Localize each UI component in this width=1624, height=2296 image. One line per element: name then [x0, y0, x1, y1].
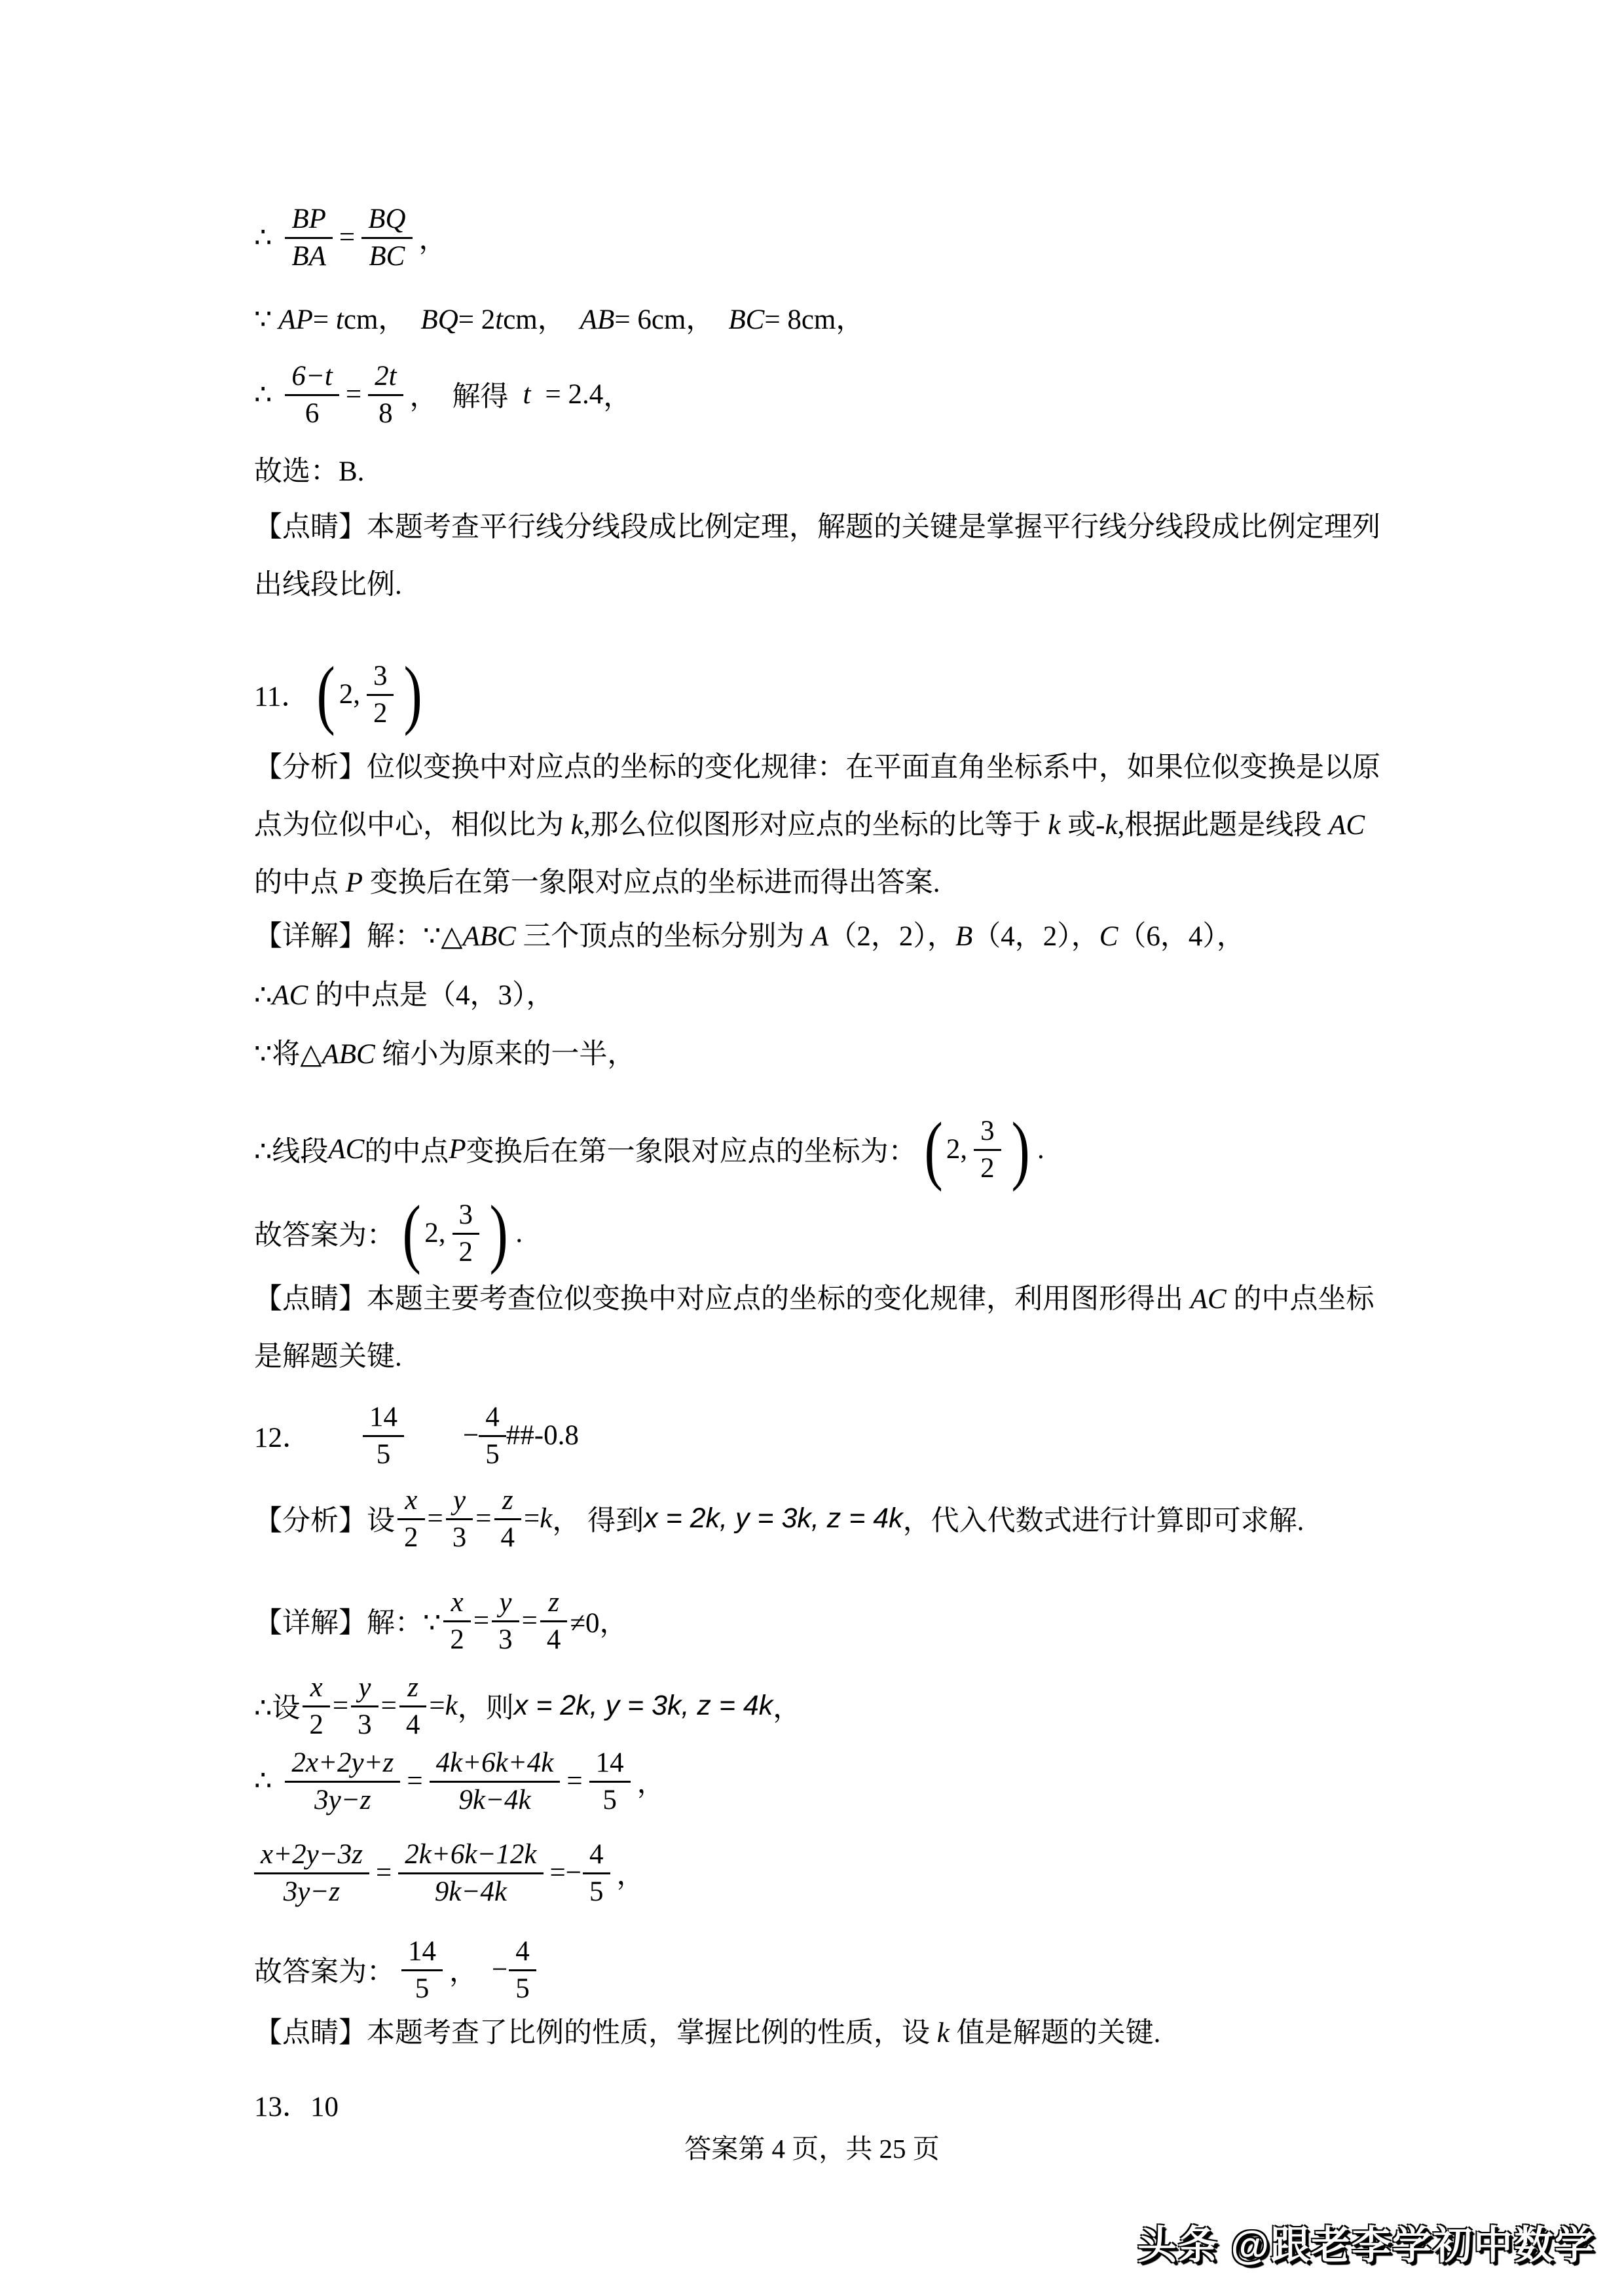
- fraction-numerator: z: [540, 1584, 568, 1622]
- fraction-numerator: 4: [583, 1836, 610, 1874]
- substitution-values: x = 2k, y = 3k, z = 4k: [514, 1690, 773, 1722]
- fraction-numerator: 4: [509, 1933, 536, 1971]
- fraction-3-2: 32: [452, 1196, 480, 1270]
- fraction-numerator: z: [399, 1669, 427, 1707]
- equals-sign: =: [339, 221, 355, 253]
- solve-value: = 2.4: [545, 378, 604, 410]
- answer-coordinate: ( 2, 32 ): [313, 655, 426, 733]
- text: ，则: [458, 1686, 514, 1726]
- q11-note-line-1: 【点睛】本题主要考查位似变换中对应点的坐标的变化规律，利用图形得出 AC 的中点…: [254, 1279, 1374, 1320]
- unit-cm: cm，: [503, 304, 566, 335]
- fraction-denominator: 5: [363, 1437, 404, 1472]
- text: ，代入代数式进行计算即可求解.: [903, 1499, 1304, 1539]
- fraction-z-4: z4: [494, 1482, 522, 1556]
- equals-sign: =: [522, 1605, 538, 1637]
- answer-coordinate: ( 2, 32 ): [921, 1111, 1033, 1188]
- text: 【分析】设: [254, 1499, 395, 1539]
- fraction-denominator: 2: [452, 1235, 480, 1270]
- because-symbol: ∵将△: [254, 1039, 322, 1070]
- var-k: k: [1048, 810, 1060, 841]
- minus-sign: −: [463, 1419, 479, 1451]
- equals-sign: =: [333, 1690, 348, 1722]
- fraction-denominator: 2: [443, 1622, 471, 1658]
- value-8cm: = 8cm，: [764, 304, 864, 335]
- fraction-denominator: 5: [401, 1971, 443, 2007]
- page-footer: 答案第 4 页，共 25 页: [0, 2129, 1624, 2168]
- var-k: k: [937, 2018, 950, 2049]
- var-k: k: [445, 1690, 458, 1722]
- var-bq: BQ: [420, 304, 458, 335]
- equals-sign: =: [475, 1503, 491, 1535]
- equals-sign: =: [381, 1690, 397, 1722]
- var-ac: AC: [1329, 810, 1365, 841]
- equals-sign: =: [346, 378, 361, 410]
- coords-b: （4，2），: [972, 921, 1099, 952]
- fraction-numerator: y: [351, 1669, 378, 1707]
- fraction-2t-over-8: 2t8: [368, 357, 403, 431]
- coords-a: （2，2），: [828, 921, 955, 952]
- fraction-denominator: 5: [509, 1971, 536, 2007]
- q12-answer-line: 12． 145 − 45 ##-0.8: [254, 1391, 579, 1480]
- therefore-symbol: ∴: [254, 980, 272, 1011]
- q12-final-answer-line: 故答案为： 145 ， − 45: [254, 1923, 543, 2015]
- fraction-4-5: 45: [479, 1398, 506, 1472]
- fraction-14-5: 145: [589, 1744, 631, 1818]
- not-equal-zero: ≠0，: [570, 1601, 627, 1641]
- fraction-numerator: 2t: [368, 357, 403, 396]
- equals-sign: =: [524, 1503, 540, 1535]
- equals: = 2: [458, 304, 496, 335]
- q10-note-line-1: 【点睛】本题考查平行线分线段成比例定理，解题的关键是掌握平行线分线段成比例定理列: [254, 507, 1380, 548]
- fraction-denominator: 4: [494, 1520, 522, 1556]
- minus-sign: −: [492, 1954, 507, 1986]
- therefore-symbol: ∴: [254, 378, 272, 411]
- equals-sign: =: [566, 1765, 582, 1797]
- q11-detail-line-4: ∴线段 AC 的中点 P 变换后在第一象限对应点的坐标为： ( 2, 32 ) …: [254, 1105, 1044, 1194]
- fraction-denominator: 9k−4k: [398, 1874, 543, 1910]
- text: ∴线段: [254, 1129, 328, 1169]
- equals-minus: =−: [550, 1857, 582, 1889]
- var-k: k: [540, 1503, 552, 1535]
- fraction-bp-ba: BPBA: [285, 200, 333, 274]
- x-coordinate: 2,: [946, 1133, 967, 1165]
- fraction-denominator: 6: [285, 396, 339, 431]
- text: 【点睛】本题考查了比例的性质，掌握比例的性质，设: [254, 2018, 937, 2049]
- q11-answer-line: 11． ( 2, 32 ): [254, 645, 430, 743]
- q12-analysis-line: 【分析】设 x2 = y3 = z4 = k ， 得到 x = 2k, y = …: [254, 1481, 1304, 1556]
- fraction-numerator: BP: [285, 200, 333, 239]
- fraction-numerator: 3: [367, 657, 394, 696]
- fraction-numerator: x: [397, 1482, 425, 1520]
- value-6cm: = 6cm，: [614, 304, 714, 335]
- fraction-denominator: 5: [589, 1783, 631, 1818]
- comma: ，: [410, 374, 438, 414]
- q12-detail-line-1: 【详解】解：∵ x2 = y3 = z4 ≠0，: [254, 1576, 628, 1665]
- fraction-6-t-over-6: 6−t6: [285, 357, 339, 431]
- fraction-numerator: BQ: [361, 200, 412, 239]
- q11-detail-line-1: 【详解】解：∵△ABC 三个顶点的坐标分别为 A（2，2），B（4，2），C（6…: [254, 917, 1245, 957]
- comma: ，: [603, 374, 631, 414]
- var-ac: AC: [328, 1133, 364, 1165]
- var-p: P: [449, 1133, 466, 1165]
- fraction-bq-bc: BQBC: [361, 200, 412, 274]
- q13-answer-line: 13．10: [254, 2087, 339, 2128]
- fraction-numerator: 14: [363, 1398, 404, 1437]
- fraction-denominator: 3: [492, 1622, 519, 1658]
- answer-document-page: { "page": { "background": "#ffffff", "te…: [0, 0, 1624, 2296]
- fraction-denominator: 5: [479, 1437, 506, 1472]
- left-paren: (: [403, 1194, 421, 1271]
- fraction-numerator: 3: [974, 1112, 1001, 1151]
- fraction-denominator: 4: [540, 1622, 568, 1658]
- text: 的中点坐标: [1227, 1284, 1375, 1315]
- fraction-denominator: BC: [361, 239, 412, 274]
- var-k: k: [571, 810, 583, 841]
- q11-final-answer-line: 故答案为： ( 2, 32 ) .: [254, 1184, 523, 1282]
- fraction-numerator: 4: [479, 1398, 506, 1437]
- fraction-denominator: BA: [285, 239, 333, 274]
- fraction-z-4: z4: [540, 1584, 568, 1658]
- left-paren: (: [317, 655, 335, 733]
- text: 变换后在第一象限对应点的坐标为：: [466, 1129, 917, 1169]
- fraction-4k6k4k: 4k+6k+4k9k−4k: [430, 1744, 561, 1818]
- comma: ，: [419, 217, 447, 257]
- question-11-number: 11．: [254, 674, 309, 714]
- fraction-numerator: 3: [452, 1196, 480, 1235]
- fraction-denominator: 2: [367, 696, 394, 731]
- fraction-x-2: x2: [443, 1584, 471, 1658]
- fraction-4-5: 45: [509, 1933, 536, 2007]
- fraction-numerator: 2k+6k−12k: [398, 1836, 543, 1874]
- var-abc: ABC: [322, 1039, 375, 1070]
- var-ap: AP: [278, 304, 313, 335]
- fraction-x2y3z: x+2y−3z3y−z: [254, 1836, 369, 1910]
- fraction-denominator: 5: [583, 1874, 610, 1910]
- var-ac: AC: [1190, 1284, 1227, 1315]
- fraction-numerator: x: [443, 1584, 471, 1622]
- right-paren: ): [490, 1194, 508, 1271]
- equals-sign: =: [407, 1765, 422, 1797]
- q12-detail-line-4: x+2y−3z3y−z = 2k+6k−12k9k−4k =− 45 ，: [248, 1827, 645, 1918]
- var-abc: ABC: [462, 921, 515, 952]
- fraction-2k6k12k: 2k+6k−12k9k−4k: [398, 1836, 543, 1910]
- text: 故答案为：: [254, 1950, 395, 1990]
- period: .: [515, 1217, 523, 1249]
- fraction-denominator: 9k−4k: [430, 1783, 561, 1818]
- fraction-3-2: 32: [974, 1112, 1001, 1186]
- fraction-numerator: 2x+2y+z: [285, 1744, 400, 1783]
- fraction-numerator: 14: [401, 1933, 443, 1971]
- fraction-4-5: 45: [583, 1836, 610, 1910]
- q10-given-line: ∵AP= tcm，BQ= 2tcm，AB= 6cm，BC= 8cm，: [254, 300, 864, 340]
- q11-analysis-line-2: 点为位似中心，相似比为 k,那么位似图形对应点的坐标的比等于 k 或-k,根据此…: [254, 805, 1365, 846]
- q10-note-line-2: 出线段比例.: [254, 565, 402, 606]
- therefore-symbol: ∴: [254, 1764, 272, 1797]
- q13-answer-value: 10: [310, 2092, 339, 2123]
- q11-note-line-2: 是解题关键.: [254, 1337, 402, 1377]
- fraction-y-3: y3: [351, 1669, 378, 1743]
- q10-solve-line: ∴ 6−t6 = 2t8 ， 解得 t = 2.4 ，: [254, 350, 631, 439]
- q11-analysis-line-3: 的中点 P 变换后在第一象限对应点的坐标进而得出答案.: [254, 863, 940, 903]
- watermark: 头条 @跟老李学初中数学: [1137, 2214, 1595, 2270]
- var-t: t: [336, 304, 344, 335]
- fraction-3-2: 32: [367, 657, 394, 731]
- fraction-numerator: 4k+6k+4k: [430, 1744, 561, 1783]
- text: ， 得到: [552, 1499, 644, 1539]
- text: 变换后在第一象限对应点的坐标进而得出答案.: [363, 867, 940, 898]
- equals-sign: =: [376, 1857, 392, 1889]
- left-paren: (: [924, 1111, 942, 1188]
- var-b: B: [955, 921, 972, 952]
- fraction-denominator: 2: [397, 1520, 425, 1556]
- text: 【详解】解：∵△: [254, 921, 462, 952]
- coords-c: （6，4），: [1118, 921, 1245, 952]
- text: ，: [773, 1686, 801, 1726]
- text: 【点睛】本题主要考查位似变换中对应点的坐标的变化规律，利用图形得出: [254, 1284, 1190, 1315]
- text: 故答案为：: [254, 1213, 395, 1253]
- text: ∴设: [254, 1686, 300, 1726]
- fraction-denominator: 3y−z: [254, 1874, 369, 1910]
- text: 的中点: [254, 867, 346, 898]
- text: 的中点是（4，3），: [308, 980, 554, 1011]
- var-ab: AB: [580, 304, 615, 335]
- period: .: [1037, 1133, 1044, 1165]
- solve-text: 解得: [452, 374, 509, 414]
- fraction-denominator: 3y−z: [285, 1783, 400, 1818]
- text: 值是解题的关键.: [950, 2018, 1161, 2049]
- q11-detail-line-3: ∵将△ABC 缩小为原来的一半，: [254, 1034, 635, 1075]
- var-t: t: [495, 304, 503, 335]
- q11-analysis-line-1: 【分析】位似变换中对应点的坐标的变化规律：在平面直角坐标系中，如果位似变换是以原: [254, 748, 1380, 788]
- var-p: P: [346, 867, 363, 898]
- text: 三个顶点的坐标分别为: [516, 921, 812, 952]
- comma: ，: [637, 1761, 665, 1801]
- because-symbol: ∵: [254, 304, 272, 335]
- fraction-numerator: x: [303, 1669, 330, 1707]
- fraction-denominator: 2: [974, 1151, 1001, 1186]
- var-a: A: [811, 921, 828, 952]
- right-paren: ): [1011, 1111, 1029, 1188]
- fraction-denominator: 3: [446, 1520, 473, 1556]
- q12-note-line: 【点睛】本题考查了比例的性质，掌握比例的性质，设 k 值是解题的关键.: [254, 2013, 1160, 2054]
- answer-coordinate: ( 2, 32 ): [399, 1194, 511, 1271]
- x-coordinate: 2,: [424, 1217, 445, 1249]
- q10-ratio-line: ∴ BPBA = BQBC ，: [254, 193, 447, 282]
- text: 【详解】解：∵: [254, 1601, 441, 1641]
- text: 或-: [1060, 810, 1105, 841]
- fraction-2x2yz: 2x+2y+z3y−z: [285, 1744, 400, 1818]
- q11-detail-line-2: ∴AC 的中点是（4，3），: [254, 975, 555, 1016]
- fraction-x-2: x2: [303, 1669, 330, 1743]
- text: ,那么位似图形对应点的坐标的比等于: [583, 810, 1048, 841]
- question-12-number: 12．: [254, 1415, 310, 1455]
- var-bc: BC: [728, 304, 764, 335]
- var-k: k: [1105, 810, 1118, 841]
- fraction-numerator: y: [446, 1482, 473, 1520]
- fraction-numerator: 14: [589, 1744, 631, 1783]
- equals: =: [313, 304, 336, 335]
- alt-answer-text: ##-0.8: [506, 1419, 579, 1451]
- substitution-values: x = 2k, y = 3k, z = 4k: [644, 1503, 903, 1535]
- q10-choice-line: 故选：B.: [254, 452, 364, 492]
- fraction-denominator: 8: [368, 396, 403, 431]
- fraction-numerator: z: [494, 1482, 522, 1520]
- question-13-number: 13．: [254, 2092, 310, 2123]
- text: 点为位似中心，相似比为: [254, 810, 571, 841]
- fraction-numerator: 6−t: [285, 357, 339, 396]
- equals-sign: =: [473, 1605, 489, 1637]
- fraction-x-2: x2: [397, 1482, 425, 1556]
- text: ,根据此题是线段: [1118, 810, 1329, 841]
- fraction-numerator: x+2y−3z: [254, 1836, 369, 1874]
- fraction-y-3: y3: [446, 1482, 473, 1556]
- var-c: C: [1099, 921, 1118, 952]
- var-ac: AC: [272, 980, 308, 1011]
- x-coordinate: 2,: [339, 678, 360, 710]
- therefore-symbol: ∴: [254, 221, 272, 254]
- comma: ，: [449, 1950, 477, 1990]
- fraction-z-4: z4: [399, 1669, 427, 1743]
- text: 缩小为原来的一半，: [375, 1039, 636, 1070]
- text: 的中点: [364, 1129, 449, 1169]
- fraction-y-3: y3: [492, 1584, 519, 1658]
- equals-sign: =: [428, 1503, 443, 1535]
- unit-cm: cm，: [344, 304, 407, 335]
- comma: ，: [617, 1853, 645, 1893]
- fraction-numerator: y: [492, 1584, 519, 1622]
- right-paren: ): [404, 655, 422, 733]
- equals-sign: =: [429, 1690, 445, 1722]
- fraction-14-5: 145: [363, 1398, 404, 1472]
- fraction-14-5: 145: [401, 1933, 443, 2007]
- q12-detail-line-3: ∴ 2x+2y+z3y−z = 4k+6k+4k9k−4k = 145 ，: [254, 1735, 665, 1827]
- var-t: t: [523, 378, 531, 410]
